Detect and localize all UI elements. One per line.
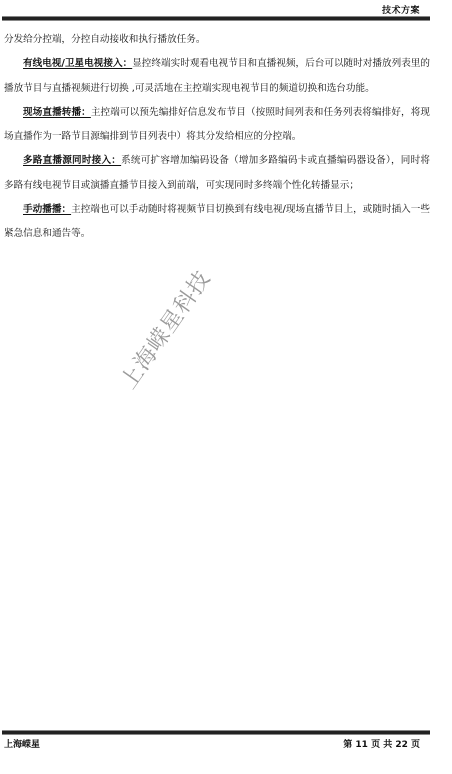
page-header-title: 技术方案	[382, 3, 420, 16]
watermark: 上海嵘星科技	[112, 264, 217, 395]
document-body: 分发给分控端，分控自动接收和执行播放任务。 有线电视/卫星电视接入：显控终端实时…	[4, 28, 430, 247]
footer-company: 上海嵘星	[4, 737, 40, 750]
paragraph-manual-play: 手动播播：主控端也可以手动随时将视频节目切换到有线电视/现场直播节目上，或随时插…	[4, 198, 430, 247]
paragraph-label: 有线电视/卫星电视接入：	[23, 58, 132, 69]
intro-paragraph: 分发给分控端，分控自动接收和执行播放任务。	[4, 28, 430, 52]
paragraph-label: 多路直播源同时接入：	[23, 155, 121, 166]
paragraph-label: 手动播播：	[23, 204, 71, 215]
header-rule	[2, 17, 430, 20]
paragraph-live-relay: 现场直播转播：主控端可以预先编排好信息发布节目（按照时间列表和任务列表将编排好，…	[4, 101, 430, 150]
paragraph-cable-tv: 有线电视/卫星电视接入：显控终端实时观看电视节目和直播视频，后台可以随时对播放列…	[4, 52, 430, 101]
paragraph-multi-source: 多路直播源同时接入：系统可扩容增加编码设备（增加多路编码卡或直播编码器设备），同…	[4, 149, 430, 198]
footer-rule	[2, 731, 430, 734]
paragraph-label: 现场直播转播：	[23, 107, 91, 118]
footer-page-number: 第 11 页 共 22 页	[343, 737, 420, 750]
